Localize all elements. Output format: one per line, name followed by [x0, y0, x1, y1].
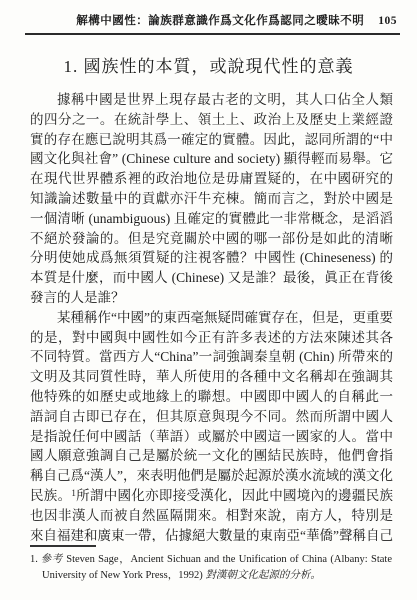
- footnote-area: 1.參考 Steven Sage，Ancient Sichuan and the…: [30, 545, 392, 584]
- footnote-marker: 1.: [30, 554, 40, 565]
- document-page: 解構中國性：論族群意識作爲文化作爲認同之曖昧不明 105 1. 國族性的本質，或…: [0, 0, 417, 600]
- paragraph-2-continued: 所謂中國化亦即接受漢化，因此中國境內的邊疆民族也因非漢人而被自然區隔開來。相對來…: [30, 488, 393, 542]
- paragraph-1: 據稱中國是世界上現存最古老的文明，其人口佔全人類的四分之一。在統計學上、領土上、…: [30, 90, 393, 308]
- footnote-text-chinese-lead: 參考: [40, 554, 66, 565]
- footnote-reference: 1: [71, 488, 76, 498]
- running-title: 解構中國性：論族群意識作爲文化作爲認同之曖昧不明: [76, 12, 364, 28]
- footnote-text-chinese-tail: 對漢朝文化起源的分析。: [205, 570, 321, 581]
- footnote: 1.參考 Steven Sage，Ancient Sichuan and the…: [30, 552, 392, 584]
- section-title: 1. 國族性的本質，或說現代性的意義: [0, 52, 417, 77]
- paragraph-2-text: 某種稱作“中國”的東西毫無疑問確實存在，但是，更重要的是，對中國與中國性如今正有…: [30, 310, 393, 503]
- paragraph-2: 某種稱作“中國”的東西毫無疑問確實存在，但是，更重要的是，對中國與中國性如今正有…: [30, 308, 393, 542]
- page-header: 解構中國性：論族群意識作爲文化作爲認同之曖昧不明 105: [25, 12, 397, 28]
- page-number: 105: [378, 15, 397, 27]
- header-rule: [25, 33, 400, 35]
- footnote-separator-rule: [30, 545, 96, 547]
- body-text: 據稱中國是世界上現存最古老的文明，其人口佔全人類的四分之一。在統計學上、領土上、…: [30, 90, 393, 542]
